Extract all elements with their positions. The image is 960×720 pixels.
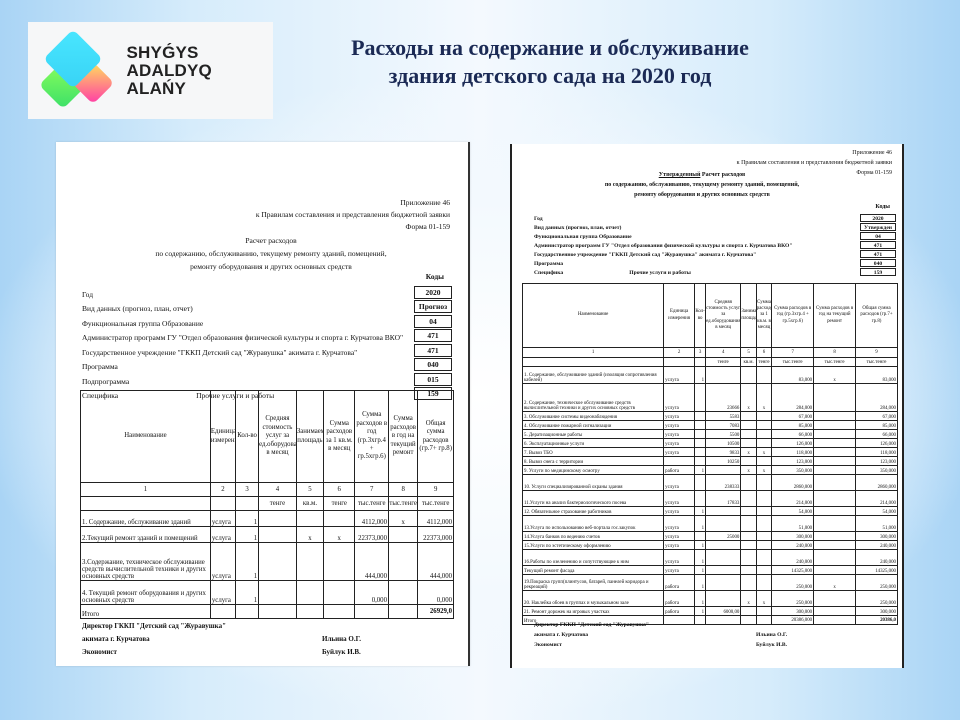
row-cell xyxy=(706,516,741,532)
row-cell: 17833 xyxy=(706,491,741,507)
row-cell: 1 xyxy=(695,575,706,591)
row-cell xyxy=(756,507,771,516)
table-row: 4. Текущий ремонт оборудования и других … xyxy=(81,581,454,605)
slide-title-line-1: Расходы на содержание и обслуживание xyxy=(300,34,800,62)
row-cell: 0,000 xyxy=(355,581,389,605)
row-cell: 66,000 xyxy=(772,430,814,439)
column-number: 8 xyxy=(814,348,856,358)
row-name: 6. Эксплуатационные услуги xyxy=(523,439,664,448)
title-line-1: Расчет расходов xyxy=(136,234,406,247)
row-cell xyxy=(741,439,756,448)
codes-title: Коды xyxy=(534,204,896,213)
row-cell: услуга xyxy=(664,516,695,532)
row-cell: 300,000 xyxy=(856,532,898,541)
economist-label: Экономист xyxy=(82,646,452,659)
row-name: 20. Наклейка обоев в группах и музыкальн… xyxy=(523,591,664,607)
row-cell xyxy=(741,516,756,532)
row-cell: 214,000 xyxy=(856,491,898,507)
unit-cell: тыс.тенге xyxy=(355,497,389,511)
row-cell: 5500 xyxy=(706,430,741,439)
row-name: 1. Содержание, обслуживание зданий (изол… xyxy=(523,367,664,384)
row-name: Текущий ремонт фасада xyxy=(523,566,664,575)
row-cell xyxy=(741,367,756,384)
row-cell: 1 xyxy=(695,607,706,616)
row-cell: х xyxy=(756,384,771,412)
meta-row: Функциональная группа Образование04 xyxy=(82,313,452,328)
signatures: Директор ГККП "Детский сад "Журавушка" а… xyxy=(82,620,452,659)
column-number: 7 xyxy=(355,483,389,497)
row-cell xyxy=(695,491,706,507)
column-header: Средняя стоимость услуг за ед.оборудован… xyxy=(259,391,297,483)
row-cell: х xyxy=(814,367,856,384)
column-header: Занимаемая площадь xyxy=(296,391,323,483)
row-cell xyxy=(695,448,706,457)
row-cell: 240,000 xyxy=(856,541,898,550)
table-row: 2.Текущий ремонт зданий и помещенийуслуг… xyxy=(81,527,454,543)
meta-label: СпецификаПрочие услуги и работы xyxy=(534,270,691,276)
row-name: 10. Услуги специализированной охраны зда… xyxy=(523,475,664,491)
row-cell xyxy=(388,543,417,581)
row-cell: услуга xyxy=(210,527,235,543)
meta-code-box: 04 xyxy=(414,315,452,328)
column-number: 5 xyxy=(741,348,756,358)
table-row: 12. Обязательное страхование работникову… xyxy=(523,507,898,516)
row-cell xyxy=(814,466,856,475)
column-header: Общая сумма расходов (гр.7+ гр.8) xyxy=(418,391,454,483)
meta-row: Вид данных (прогноз, план, отчет)Утвержд… xyxy=(534,222,896,231)
row-cell xyxy=(324,543,355,581)
row-cell: 444,000 xyxy=(355,543,389,581)
row-name: 2. Содержание, техническое обслуживание … xyxy=(523,384,664,412)
meta-label: Функциональная группа Образование xyxy=(534,234,632,240)
slide-title: Расходы на содержание и обслуживание зда… xyxy=(300,34,800,90)
row-cell xyxy=(706,591,741,607)
column-header: Наименование xyxy=(81,391,211,483)
meta-label: Вид данных (прогноз, план, отчет) xyxy=(534,225,621,231)
economist-label: Экономист xyxy=(534,640,894,650)
row-cell: 2860,000 xyxy=(772,475,814,491)
row-cell: услуга xyxy=(664,541,695,550)
row-cell xyxy=(741,421,756,430)
row-name: 21. Ремонт дорожек на игровых участках xyxy=(523,607,664,616)
unit-cell xyxy=(210,497,235,511)
row-cell xyxy=(695,384,706,412)
meta-label: Администратор программ ГУ "Отдел образов… xyxy=(82,333,403,342)
row-cell: услуга xyxy=(664,507,695,516)
meta-code-box: 015 xyxy=(414,373,452,386)
row-cell: 300,000 xyxy=(772,532,814,541)
total-cell xyxy=(259,605,297,619)
row-cell xyxy=(814,457,856,466)
row-cell xyxy=(664,457,695,466)
row-cell: 14325,000 xyxy=(772,566,814,575)
meta-code-box: Утвержден xyxy=(860,223,896,232)
row-cell: х xyxy=(296,527,323,543)
column-header: Сумма расходов в год (гр.3хгр.4 + гр.5хг… xyxy=(772,284,814,348)
row-cell: х xyxy=(814,575,856,591)
row-cell xyxy=(741,607,756,616)
table-row: 10. Услуги специализированной охраны зда… xyxy=(523,475,898,491)
logo-text: SHYǴYS ADALDYQ ALAŃY xyxy=(127,44,273,98)
column-number: 1 xyxy=(81,483,211,497)
meta-label: Год xyxy=(82,290,93,299)
rules-label: к Правилам составления и представления б… xyxy=(256,209,450,221)
total-cell xyxy=(236,605,259,619)
total-cell xyxy=(355,605,389,619)
row-cell xyxy=(814,475,856,491)
row-cell: 350,000 xyxy=(772,466,814,475)
row-cell: 300,000 xyxy=(856,607,898,616)
column-number: 2 xyxy=(210,483,235,497)
akimat-label: акимата г. Курчатова xyxy=(534,630,894,640)
row-cell xyxy=(741,475,756,491)
meta-code-box: 2020 xyxy=(414,286,452,299)
column-number: 7 xyxy=(772,348,814,358)
row-name: 9. Услуги по медицинскому осмотру xyxy=(523,466,664,475)
row-cell xyxy=(741,412,756,421)
meta-rows: Год2020Вид данных (прогноз, план, отчет)… xyxy=(534,213,896,276)
row-cell: 54,000 xyxy=(772,507,814,516)
meta-row: Год2020 xyxy=(82,284,452,299)
director-name: Ильина О.Г. xyxy=(756,630,787,640)
table-row: 5. Дератизационные работыуслуга550066,00… xyxy=(523,430,898,439)
row-cell xyxy=(814,591,856,607)
row-cell xyxy=(756,566,771,575)
meta-rows: Год2020Вид данных (прогноз, план, отчет)… xyxy=(82,284,452,400)
row-cell: услуга xyxy=(210,511,235,527)
row-cell xyxy=(756,457,771,466)
meta-code-box: 471 xyxy=(860,241,896,250)
row-cell xyxy=(706,367,741,384)
column-header: Средняя стоимость услуг за ед.оборудован… xyxy=(706,284,741,348)
row-cell: 284,000 xyxy=(772,384,814,412)
row-name: 3.Содержание, техническое обслуживание с… xyxy=(81,543,211,581)
meta-label: Программа xyxy=(534,261,563,267)
row-cell xyxy=(814,430,856,439)
row-cell: услуга xyxy=(664,475,695,491)
row-name: 1. Содержание, обслуживание зданий xyxy=(81,511,211,527)
meta-row: Программа040 xyxy=(534,258,896,267)
row-name: 11.Услуги на анализ бактериологического … xyxy=(523,491,664,507)
meta-label: Вид данных (прогноз, план, отчет) xyxy=(82,304,193,313)
row-name: 5. Дератизационные работы xyxy=(523,430,664,439)
unit-cell: тенге xyxy=(706,358,741,367)
row-cell: 51,000 xyxy=(856,516,898,532)
row-cell: 1 xyxy=(695,516,706,532)
meta-row: Государственное учреждение "ГККП Детский… xyxy=(82,342,452,357)
total-cell xyxy=(210,605,235,619)
units-row: тенгекв.м.тенгетыс.тенгетыс.тенгетыс.тен… xyxy=(523,358,898,367)
row-cell: услуга xyxy=(210,543,235,581)
row-cell: 250,000 xyxy=(772,591,814,607)
row-cell xyxy=(756,607,771,616)
column-header: Наименование xyxy=(523,284,664,348)
row-cell: 14325,000 xyxy=(856,566,898,575)
unit-cell: тыс.тенге xyxy=(418,497,454,511)
codes-title: Коды xyxy=(82,272,452,284)
row-cell xyxy=(756,475,771,491)
column-number-row: 123456789 xyxy=(81,483,454,497)
row-cell xyxy=(706,541,741,550)
table-row: 6. Эксплуатационные услугиуслуга10500126… xyxy=(523,439,898,448)
row-cell xyxy=(741,532,756,541)
row-cell: 67,000 xyxy=(772,412,814,421)
row-cell xyxy=(756,516,771,532)
column-number: 9 xyxy=(418,483,454,497)
row-cell: услуга xyxy=(664,421,695,430)
meta-row: Администратор программ ГУ "Отдел образов… xyxy=(82,328,452,343)
row-cell: 240,000 xyxy=(856,550,898,566)
row-cell xyxy=(259,581,297,605)
row-cell: работа xyxy=(664,607,695,616)
row-cell xyxy=(756,541,771,550)
row-cell: 85,000 xyxy=(772,421,814,430)
row-cell xyxy=(741,566,756,575)
logo-line-2: ADALDYQ ALAŃY xyxy=(127,62,273,98)
row-cell: 250,000 xyxy=(772,575,814,591)
expense-table: НаименованиеЕдиница измеренияКол-воСредн… xyxy=(80,390,454,619)
unit-cell: кв.м. xyxy=(296,497,323,511)
row-cell xyxy=(706,550,741,566)
column-number: 2 xyxy=(664,348,695,358)
header-row: НаименованиеЕдиница измеренияКол-воСредн… xyxy=(81,391,454,483)
row-cell xyxy=(695,475,706,491)
table-row: 19.Покраска групп(плинтусов, батарей, па… xyxy=(523,575,898,591)
meta-code-box: 040 xyxy=(414,358,452,371)
column-header: Единица измерения xyxy=(664,284,695,348)
unit-cell: тыс.тенге xyxy=(772,358,814,367)
row-cell xyxy=(706,507,741,516)
meta-row: СпецификаПрочие услуги и работы159 xyxy=(534,267,896,276)
row-cell: 1 xyxy=(695,367,706,384)
row-cell: 1 xyxy=(236,511,259,527)
column-number: 4 xyxy=(706,348,741,358)
row-cell xyxy=(741,541,756,550)
unit-cell xyxy=(523,358,664,367)
row-cell xyxy=(741,430,756,439)
row-cell: 51,000 xyxy=(772,516,814,532)
title-line-2: по содержанию, обслуживанию, текущему ре… xyxy=(572,180,832,190)
unit-cell: тыс.тенге xyxy=(814,358,856,367)
table-row: 9. Услуги по медицинскому осмотруработа1… xyxy=(523,466,898,475)
row-cell: 7083 xyxy=(706,421,741,430)
row-cell: 250,000 xyxy=(856,591,898,607)
slide-title-line-2: здания детского сада на 2020 год xyxy=(300,62,800,90)
meta-row: Вид данных (прогноз, план, отчет)Прогноз xyxy=(82,299,452,314)
row-cell xyxy=(814,541,856,550)
column-header: Сумма расходов за 1 кв.м. в месяц xyxy=(324,391,355,483)
row-cell: х xyxy=(741,466,756,475)
row-cell xyxy=(814,507,856,516)
row-cell xyxy=(741,575,756,591)
column-header: Общая сумма расходов (гр.7+ гр.8) xyxy=(856,284,898,348)
row-cell: услуга xyxy=(664,367,695,384)
row-cell: 4112,000 xyxy=(355,511,389,527)
row-cell: услуга xyxy=(664,491,695,507)
row-cell: 126,000 xyxy=(772,439,814,448)
row-cell xyxy=(695,430,706,439)
row-cell: услуга xyxy=(210,581,235,605)
row-cell: 5583 xyxy=(706,412,741,421)
row-cell: 350,000 xyxy=(856,466,898,475)
unit-cell: тенге xyxy=(756,358,771,367)
row-cell: 1 xyxy=(695,591,706,607)
row-cell: 83,000 xyxy=(856,367,898,384)
row-cell xyxy=(756,575,771,591)
unit-cell: тенге xyxy=(324,497,355,511)
row-cell: 22373,000 xyxy=(355,527,389,543)
row-cell: х xyxy=(756,466,771,475)
column-number: 5 xyxy=(296,483,323,497)
row-cell xyxy=(259,527,297,543)
row-name: 4. Обслуживание пожарной сигнализации xyxy=(523,421,664,430)
meta-label: Государственное учреждение "ГККП Детский… xyxy=(534,252,756,258)
row-cell: 6000,00 xyxy=(706,607,741,616)
row-cell: 25000 xyxy=(706,532,741,541)
row-cell xyxy=(814,607,856,616)
row-cell: 9833 xyxy=(706,448,741,457)
column-number: 6 xyxy=(324,483,355,497)
rules-label: к Правилам составления и представления б… xyxy=(737,158,892,168)
meta-row: Администратор программ ГУ "Отдел образов… xyxy=(534,240,896,249)
meta-code-box: 2020 xyxy=(860,214,896,223)
row-cell: работа xyxy=(664,575,695,591)
meta-code-box: 159 xyxy=(860,268,896,277)
column-header: Сумма расходов в год на текущий ремонт xyxy=(388,391,417,483)
column-number: 1 xyxy=(523,348,664,358)
table-row: Текущий ремонт фасадауслуга114325,000143… xyxy=(523,566,898,575)
row-cell: х xyxy=(388,511,417,527)
unit-cell: тыс.тенге xyxy=(388,497,417,511)
total-cell xyxy=(388,605,417,619)
row-cell: 1 xyxy=(236,543,259,581)
meta-code-box: 471 xyxy=(414,329,452,342)
document-title: Утвержденный Расчет расходов по содержан… xyxy=(572,170,832,200)
row-cell xyxy=(814,532,856,541)
row-cell xyxy=(741,550,756,566)
row-cell: услуга xyxy=(664,430,695,439)
row-cell xyxy=(324,511,355,527)
total-row: Итого26929,0 xyxy=(81,605,454,619)
row-cell: 250,000 xyxy=(856,575,898,591)
row-cell xyxy=(296,581,323,605)
row-name: 13.Услуга по использованию веб-портала г… xyxy=(523,516,664,532)
row-cell xyxy=(706,575,741,591)
title-line-2: по содержанию, обслуживанию, текущему ре… xyxy=(136,247,406,260)
row-cell: х xyxy=(324,527,355,543)
appendix-label: Приложение 46 xyxy=(256,197,450,209)
meta-code-box: 040 xyxy=(860,259,896,268)
row-cell: 23666 xyxy=(706,384,741,412)
row-cell xyxy=(756,532,771,541)
row-cell: 2860,000 xyxy=(856,475,898,491)
row-cell xyxy=(388,527,417,543)
unit-cell xyxy=(695,358,706,367)
row-cell xyxy=(695,412,706,421)
row-cell xyxy=(814,566,856,575)
table-row: 1. Содержание, обслуживание зданий (изол… xyxy=(523,367,898,384)
title-line-1: Утвержденный Расчет расходов xyxy=(572,170,832,180)
approved-label: Утвержденный xyxy=(659,172,701,178)
row-cell xyxy=(741,491,756,507)
column-number: 4 xyxy=(259,483,297,497)
row-cell: 4112,000 xyxy=(418,511,454,527)
appendix-label: Приложение 46 xyxy=(737,148,892,158)
column-number: 6 xyxy=(756,348,771,358)
row-cell xyxy=(695,457,706,466)
row-cell: 1 xyxy=(236,527,259,543)
document-title: Расчет расходов по содержанию, обслужива… xyxy=(136,234,406,273)
row-cell xyxy=(259,543,297,581)
column-number: 3 xyxy=(695,348,706,358)
row-cell: 123,000 xyxy=(772,457,814,466)
row-cell: 85,000 xyxy=(856,421,898,430)
table-row: 20. Наклейка обоев в группах и музыкальн… xyxy=(523,591,898,607)
table-row: 16.Работы по озеленению и сопутствующие … xyxy=(523,550,898,566)
row-cell xyxy=(695,439,706,448)
row-cell xyxy=(814,412,856,421)
row-name: 4. Текущий ремонт оборудования и других … xyxy=(81,581,211,605)
meta-code-box: 04 xyxy=(860,232,896,241)
row-cell: 444,000 xyxy=(418,543,454,581)
row-cell xyxy=(388,581,417,605)
expense-table: НаименованиеЕдиница измеренияКол-воСредн… xyxy=(522,283,898,625)
row-cell: х xyxy=(756,448,771,457)
meta-code-box: 471 xyxy=(860,250,896,259)
row-name: 12. Обязательное страхование работников xyxy=(523,507,664,516)
row-cell: 1 xyxy=(695,566,706,575)
row-cell: услуга xyxy=(664,412,695,421)
row-cell xyxy=(756,550,771,566)
table-row: 2. Содержание, техническое обслуживание … xyxy=(523,384,898,412)
meta-label: Подпрограмма xyxy=(82,377,129,386)
document-header: Приложение 46 к Правилам составления и п… xyxy=(256,197,450,233)
row-cell: 0,000 xyxy=(418,581,454,605)
row-cell: 1 xyxy=(236,581,259,605)
row-cell: 240,000 xyxy=(772,550,814,566)
table-row: 3.Содержание, техническое обслуживание с… xyxy=(81,543,454,581)
economist-name: Буйлук И.В. xyxy=(756,640,787,650)
column-header: Кол-во xyxy=(695,284,706,348)
unit-cell xyxy=(81,497,211,511)
row-cell: 1 xyxy=(695,466,706,475)
row-name: 8. Вывоз снега с территории xyxy=(523,457,664,466)
table-row: 7. Вывоз ТБОуслуга9833хх118,000118,000 xyxy=(523,448,898,457)
unit-cell xyxy=(236,497,259,511)
row-cell: услуга xyxy=(664,384,695,412)
meta-label: Программа xyxy=(82,362,118,371)
row-cell: 238333 xyxy=(706,475,741,491)
table-row: 21. Ремонт дорожек на игровых участкахра… xyxy=(523,607,898,616)
row-cell: х xyxy=(741,591,756,607)
total-cell: 26929,0 xyxy=(418,605,454,619)
row-cell: 83,000 xyxy=(772,367,814,384)
table-row: 3. Обслуживание системы видеонаблюденияу… xyxy=(523,412,898,421)
row-cell: 240,000 xyxy=(772,541,814,550)
row-cell xyxy=(756,421,771,430)
row-cell xyxy=(741,457,756,466)
row-name: 2.Текущий ремонт зданий и помещений xyxy=(81,527,211,543)
row-cell: 54,000 xyxy=(856,507,898,516)
row-cell: 118,000 xyxy=(856,448,898,457)
meta-code-box: 471 xyxy=(414,344,452,357)
akimat-label: акимата г. Курчатова xyxy=(82,633,452,646)
row-cell: услуга xyxy=(664,448,695,457)
row-cell xyxy=(259,511,297,527)
approved-document: Приложение 46 к Правилам составления и п… xyxy=(510,144,904,668)
units-row: тенгекв.м.тенгетыс.тенгетыс.тенгетыс.тен… xyxy=(81,497,454,511)
row-cell xyxy=(814,516,856,532)
